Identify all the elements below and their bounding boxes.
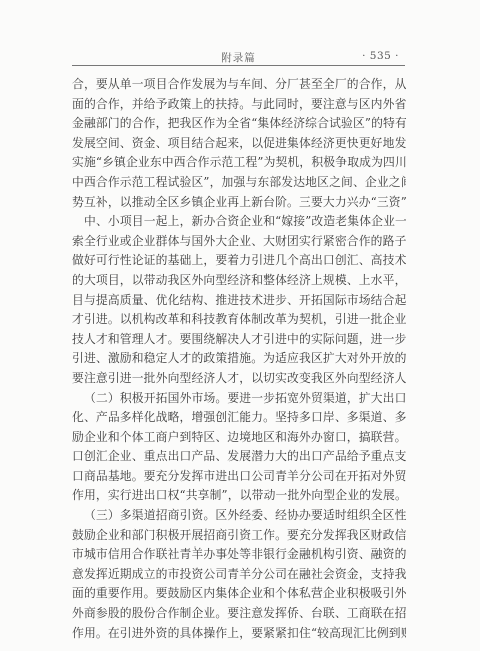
text-line: 励企业和个体工商户到特区、边境地区和海外办窗口，搞联营。要对现有重点出 [72,428,406,448]
text-line: 做好可行性论证的基础上，要着力引进几个高出口创汇、高技术、高市场占有率 [72,251,406,271]
text-line: 金融部门的合作，把我区作为全省“集体经济综合试验区”的特有优势，与他们的 [72,114,406,134]
document-page: 附录篇 · 535 · 合，要从单一项目合作发展为与车间、分厂甚至全厂的合作，从… [0,0,480,651]
header-rule [72,65,405,66]
text-line: 面的重要作用。要鼓励区内集体企业和个体私营企业积极吸引外商入股，兴办 [72,584,406,604]
text-line: 市城市信用合作联社青羊办事处等非银行金融机构引资、融资的作用，尤其要注 [72,545,406,565]
text-line: 意发挥近期成立的市投资公司青羊分公司在融社会资金，支持我区重点项目方 [72,565,406,585]
page-number: · 535 · [362,50,399,62]
text-line: 作用。在引进外资的具体操作上，要紧紧扣住“较高现汇比例到账，先进的技术 [72,624,406,644]
text-line: 势互补，以推动全区乡镇企业再上新台阶。三要大力兴办“三资”企业。坚持大 [72,193,406,213]
text-line: （二）积极开拓国外市场。要进一步拓宽外贸渠道，扩大出口，实施市场多元 [72,389,406,409]
text-line: （三）多渠道招商引资。区外经委、经协办要适时组织全区性的招商活动。 [72,506,406,526]
text-line: 鼓励企业和部门积极开展招商引资工作。要充分发挥我区财政信用投资公司、 [72,526,406,546]
text-line: 面的合作，并给予政策上的扶持。与此同时，要注意与区内外省、市部门尤其是 [72,95,406,115]
text-line: 作用，实行进出口权“共享制”，以带动一批外向型企业的发展。 [72,486,406,506]
text-line: 发展空间、资金、项目结合起来，以促进集体经济更快更好地发展。二要以国家 [72,134,406,154]
running-header: 附录篇 · 535 · [72,50,405,64]
text-line: 中西合作示范工程试验区”，加强与东部发达地区之间、企业之间的合作，实现优 [72,173,406,193]
text-line: 合，要从单一项目合作发展为与车间、分厂甚至全厂的合作，从点的合作扩大到 [72,75,406,95]
text-line: 口商品基地。要充分发挥市进出口公司青羊分公司在开拓对外贸易中的“龙头” [72,467,406,487]
scan-speck [194,546,196,548]
text-line: 引进、激励和稳定人才的政策措施。为适应我区扩大对外开放的实际需要，尤其 [72,349,406,369]
text-line: 中、小项目一起上，新办合资企业和“嫁接”改造老集体企业一起上。要积极探 [72,212,406,232]
text-line: 外商参股的股份合作制企业。要注意发挥侨、台联、工商联在招商引资中的特殊 [72,604,406,624]
section-title: 附录篇 [72,50,405,65]
text-line: 实施“乡镇企业东中西合作示范工程”为契机，积极争取成为四川省“乡镇企业东 [72,153,406,173]
body-text: 合，要从单一项目合作发展为与车间、分厂甚至全厂的合作，从点的合作扩大到面的合作，… [72,75,406,643]
text-line: 技人才和管理人才。要围绕解决人才引进中的实际问题，进一步完善我区关于 [72,330,406,350]
text-line: 索全行业或企业群体与国外大企业、大财团实行紧密合作的路子。当前，在充分 [72,232,406,252]
text-line: 化、产品多样化战略，增强创汇能力。坚持多口岸、多渠道、多形式组织出口，鼓 [72,408,406,428]
text-line: 才引进。以机构改革和科技教育体制改革为契机，引进一批企业急需的各类科 [72,310,406,330]
text-line: 口创汇企业、重点出口产品、发展潜力大的出口产品给予重点支持，逐步发展出 [72,447,406,467]
text-line: 的大项目，以带动我区外向型经济和整体经济上规模、上水平，把引进资金和项 [72,271,406,291]
text-line: 要注意引进一批外向型经济人才，以切实改变我区外向型经济人才匮乏的现状。 [72,369,406,389]
text-line: 目与提高质量、优化结构、推进技术进步、开拓国际市场结合起来。四要抓好人 [72,291,406,311]
